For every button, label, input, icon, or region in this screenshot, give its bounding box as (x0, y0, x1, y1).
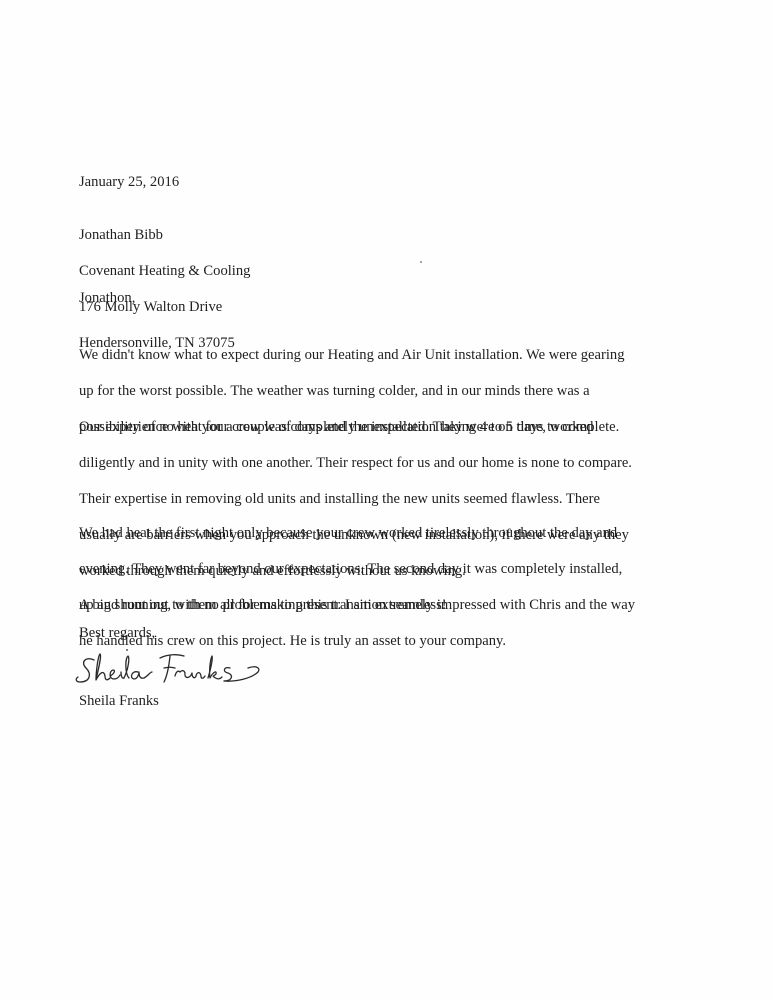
recipient-name: Jonathan Bibb (79, 226, 250, 244)
paragraph-line: up for the worst possible. The weather w… (79, 382, 625, 400)
paragraph-line: We didn't know what to expect during our… (79, 346, 625, 364)
paragraph-line: We had heat the first night only because… (79, 524, 635, 542)
scan-speck (420, 261, 422, 263)
paragraph-line: Our experience with your crew was comple… (79, 418, 632, 436)
paragraph-3: We had heat the first night only because… (79, 506, 635, 668)
handwritten-signature (72, 646, 272, 692)
salutation: Jonathon, (79, 289, 135, 307)
valediction: Best regards, (79, 624, 155, 642)
recipient-company: Covenant Heating & Cooling (79, 262, 250, 280)
paragraph-line: diligently and in unity with one another… (79, 454, 632, 472)
signer-name: Sheila Franks (79, 692, 159, 710)
signature-drawing (72, 646, 272, 692)
letter-page: January 25, 2016 Jonathan Bibb Covenant … (0, 0, 773, 1000)
closing-note: A big shout out to them all for making t… (79, 596, 447, 614)
paragraph-line: evening. They went far beyond our expect… (79, 560, 635, 578)
letter-date: January 25, 2016 (79, 173, 179, 191)
